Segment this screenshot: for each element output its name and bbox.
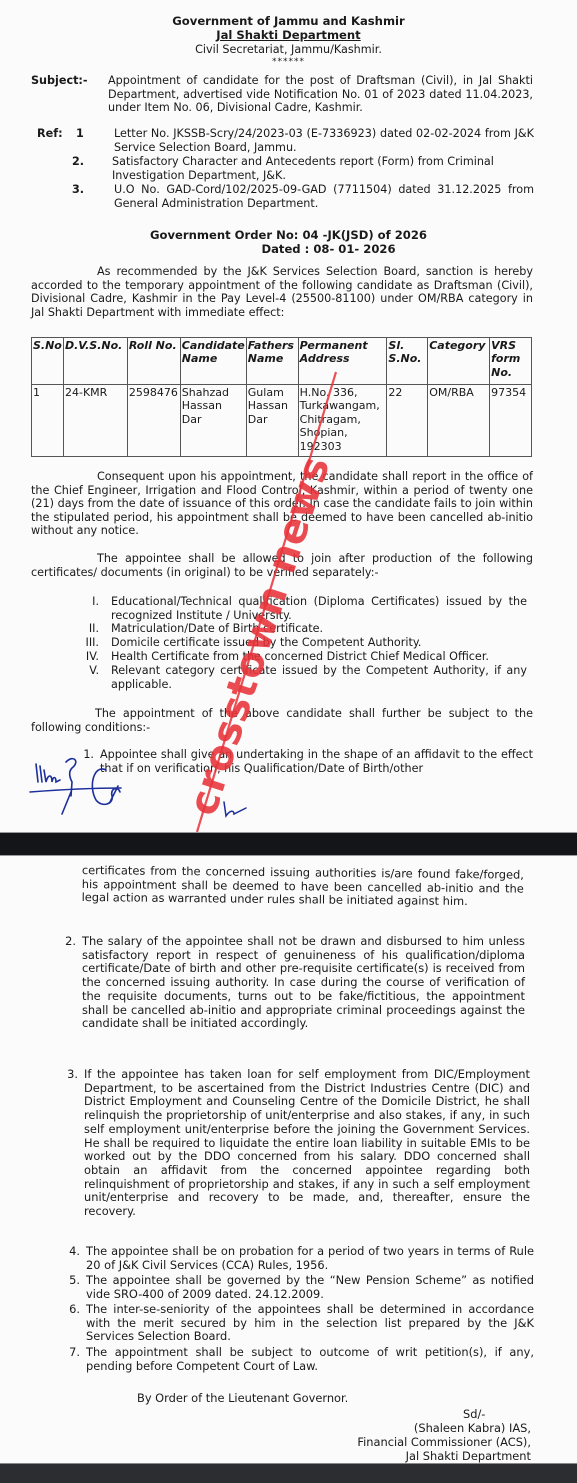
condition-number: 3. bbox=[64, 1068, 78, 1082]
document-item-text: Educational/Technical qualification (Dip… bbox=[111, 595, 527, 622]
signatory-name: (Shaleen Kabra) IAS, bbox=[414, 1422, 531, 1436]
signed-mark: Sd/- bbox=[463, 1408, 485, 1422]
document-page-1: Government of Jammu and Kashmir Jal Shak… bbox=[0, 0, 577, 832]
document-item-number: I. bbox=[75, 595, 99, 609]
table-cell: H.No. 336, Turkawangam, Chitragam, Shopi… bbox=[298, 385, 387, 457]
table-cell: 2598476 bbox=[127, 385, 180, 457]
table-row: 1 24-KMR 2598476 Shahzad Hassan Dar Gula… bbox=[32, 385, 532, 457]
column-header: Candidate Name bbox=[180, 338, 246, 385]
signature-initials-icon bbox=[26, 752, 136, 832]
document-item-number: IV. bbox=[75, 650, 99, 664]
subject-label: Subject:- bbox=[31, 74, 88, 88]
table-cell: Shahzad Hassan Dar bbox=[180, 385, 246, 457]
government-order-number: Government Order No: 04 -JK(JSD) of 2026 bbox=[0, 229, 577, 243]
references-label: Ref: bbox=[37, 127, 63, 141]
document-item-text: Matriculation/Date of Birth certificate. bbox=[111, 622, 527, 636]
table-header-row: S.No D.V.S.No. Roll No. Candidate Name F… bbox=[32, 338, 532, 385]
by-order-line: By Order of the Lieutenant Governor. bbox=[137, 1392, 348, 1406]
column-header: Sl. S.No. bbox=[387, 338, 428, 385]
column-header: S.No bbox=[32, 338, 64, 385]
column-header: D.V.S.No. bbox=[63, 338, 127, 385]
table-cell: 97354 bbox=[490, 385, 532, 457]
table-cell: 22 bbox=[387, 385, 428, 457]
conditions-intro-paragraph: The appointment of the above candidate s… bbox=[31, 707, 533, 734]
condition-text: Appointee shall give an undertaking in t… bbox=[100, 748, 533, 775]
reference-number: 3. bbox=[72, 183, 84, 197]
column-header: Roll No. bbox=[127, 338, 180, 385]
reference-number: 2. bbox=[72, 155, 84, 169]
government-order-date: Dated : 08- 01- 2026 bbox=[40, 243, 577, 257]
office-address: Civil Secretariat, Jammu/Kashmir. bbox=[0, 43, 577, 57]
condition-number: 6. bbox=[66, 1303, 80, 1317]
document-page-2: certificates from the concerned issuing … bbox=[0, 856, 577, 1463]
column-header: Category bbox=[428, 338, 490, 385]
condition-text: The inter-se-seniority of the appointees… bbox=[86, 1303, 534, 1344]
header-separator: ****** bbox=[0, 56, 577, 70]
condition-text: The appointment shall be subject to outc… bbox=[86, 1346, 534, 1373]
report-paragraph: Consequent upon his appointment, the can… bbox=[31, 470, 533, 538]
condition-text: If the appointee has taken loan for self… bbox=[84, 1068, 530, 1219]
government-heading: Government of Jammu and Kashmir bbox=[0, 15, 577, 29]
reference-text: Letter No. JKSSB-Scry/24/2023-03 (E-7336… bbox=[114, 127, 534, 154]
document-item-text: Relevant category certificate issued by … bbox=[111, 664, 527, 691]
document-item-text: Health Certificate from the concerned Di… bbox=[111, 650, 527, 664]
document-item-number: II. bbox=[75, 622, 99, 636]
document-item-text: Domicile certificate issued by the Compe… bbox=[111, 636, 527, 650]
subject-text: Appointment of candidate for the post of… bbox=[108, 74, 533, 115]
page-separator-band bbox=[0, 832, 577, 856]
column-header: Fathers Name bbox=[246, 338, 298, 385]
condition-text: The appointee shall be on probation for … bbox=[86, 1245, 534, 1272]
bottom-band bbox=[0, 1463, 577, 1483]
table-cell: 1 bbox=[32, 385, 64, 457]
signatory-department: Jal Shakti Department bbox=[406, 1450, 531, 1464]
column-header: Permanent Address bbox=[298, 338, 387, 385]
condition-text: The appointee shall be governed by the “… bbox=[86, 1274, 534, 1301]
condition-number: 4. bbox=[66, 1245, 80, 1259]
order-intro-paragraph: As recommended by the J&K Services Selec… bbox=[31, 265, 533, 319]
table-cell: 24-KMR bbox=[63, 385, 127, 457]
condition-continuation-text: certificates from the concerned issuing … bbox=[82, 864, 524, 910]
department-heading: Jal Shakti Department bbox=[0, 29, 577, 43]
reference-text: Satisfactory Character and Antecedents r… bbox=[112, 155, 532, 182]
document-item-number: V. bbox=[75, 664, 99, 678]
candidate-table: S.No D.V.S.No. Roll No. Candidate Name F… bbox=[31, 337, 532, 457]
reference-number: 1 bbox=[76, 127, 84, 141]
table-cell: Gulam Hassan Dar bbox=[246, 385, 298, 457]
condition-number: 2. bbox=[62, 935, 76, 949]
documents-intro-paragraph: The appointee shall be allowed to join a… bbox=[31, 552, 533, 579]
reference-text: U.O No. GAD-Cord/102/2025-09-GAD (771150… bbox=[114, 183, 534, 210]
condition-number: 7. bbox=[66, 1346, 80, 1360]
signature-mark-icon bbox=[220, 800, 252, 824]
condition-text: The salary of the appointee shall not be… bbox=[82, 935, 525, 1031]
table-cell: OM/RBA bbox=[428, 385, 490, 457]
signatory-designation: Financial Commissioner (ACS), bbox=[357, 1436, 531, 1450]
condition-number: 5. bbox=[66, 1274, 80, 1288]
document-item-number: III. bbox=[75, 636, 99, 650]
column-header: VRS form No. bbox=[490, 338, 532, 385]
